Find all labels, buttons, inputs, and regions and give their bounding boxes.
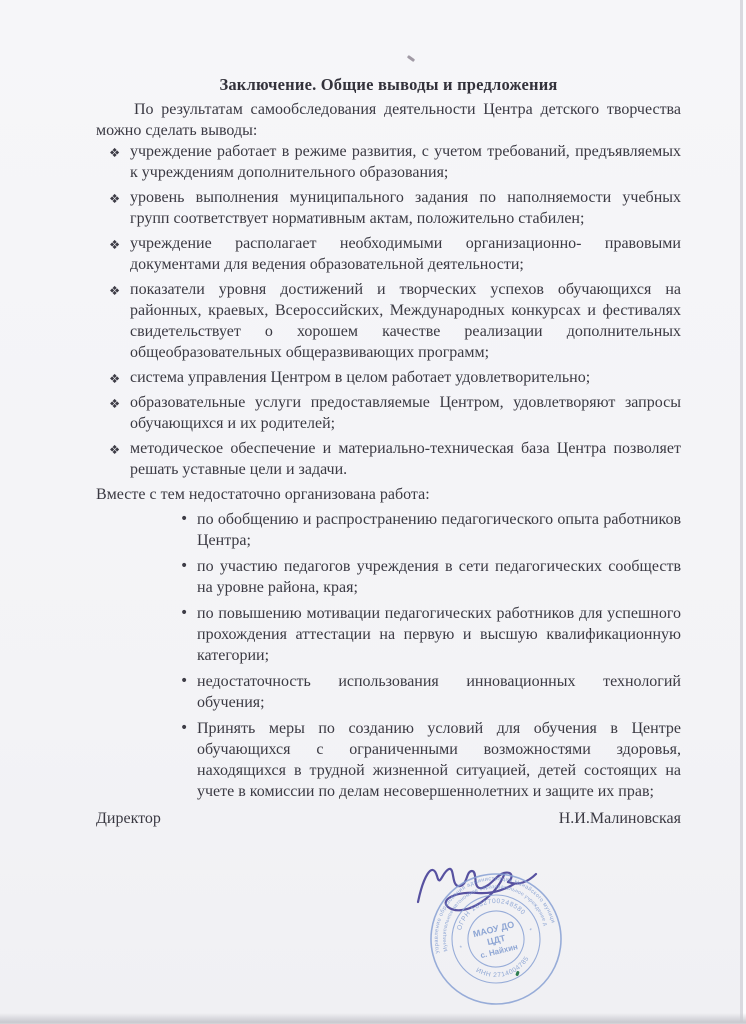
conclusion-list-item: ❖ система управления Центром в целом раб… (96, 367, 681, 388)
conclusion-text: образовательные услуги предоставляемые Ц… (130, 394, 681, 432)
scanned-document-page: Заключение. Общие выводы и предложения П… (0, 0, 746, 1024)
issue-list-item: • по участию педагогов учреждения в сети… (96, 556, 681, 598)
transition-paragraph: Вместе с тем недостаточно организована р… (96, 484, 681, 505)
diamond-bullet-icon: ❖ (109, 142, 120, 163)
scan-edge-bottom (0, 1013, 746, 1024)
signature-row: Директор Н.И.Малиновская (96, 808, 681, 829)
issue-list-item: • по обобщению и распространению педагог… (96, 509, 681, 551)
dot-bullet-icon: • (180, 671, 188, 692)
page-title: Заключение. Общие выводы и предложения (96, 74, 681, 95)
conclusion-list-item: ❖ уровень выполнения муниципального зада… (96, 187, 681, 229)
director-name: Н.И.Малиновская (559, 808, 681, 829)
issue-text: по повышению мотивации педагогических ра… (197, 605, 681, 664)
stamp-center-line3: с. Найхин (479, 942, 518, 960)
conclusion-text: учреждение располагает необходимыми орга… (130, 235, 681, 273)
conclusion-text: система управления Центром в целом работ… (130, 369, 590, 386)
dot-bullet-icon: • (180, 556, 188, 577)
issue-text: Принять меры по созданию условий для обу… (197, 720, 681, 800)
dot-bullet-icon: • (180, 603, 188, 624)
issue-list-item: • по повышению мотивации педагогических … (96, 603, 681, 666)
diamond-bullet-icon: ❖ (109, 280, 120, 301)
conclusion-text: уровень выполнения муниципального задани… (130, 189, 681, 227)
issue-text: недостаточность использования инновацион… (197, 673, 681, 711)
conclusion-list-item: ❖ учреждение работает в режиме развития,… (96, 141, 681, 183)
diamond-bullet-icon: ❖ (109, 368, 120, 389)
intro-paragraph: По результатам самообследования деятельн… (96, 99, 681, 141)
dot-bullet-icon: • (180, 509, 188, 530)
issue-text: по участию педагогов учреждения в сети п… (197, 558, 681, 596)
issue-text: по обобщению и распространению педагогич… (197, 511, 681, 549)
conclusions-list: ❖ учреждение работает в режиме развития,… (96, 141, 681, 480)
conclusion-list-item: ❖ учреждение располагает необходимыми ор… (96, 233, 681, 275)
diamond-bullet-icon: ❖ (109, 188, 120, 209)
conclusion-text: учреждение работает в режиме развития, с… (130, 143, 681, 181)
diamond-bullet-icon: ❖ (109, 439, 120, 460)
document-body: Заключение. Общие выводы и предложения П… (0, 0, 746, 829)
conclusion-text: показатели уровня достижений и творчески… (130, 281, 681, 361)
diamond-bullet-icon: ❖ (109, 393, 120, 414)
issues-list: • по обобщению и распространению педагог… (96, 509, 681, 802)
conclusion-list-item: ❖ показатели уровня достижений и творчес… (96, 279, 681, 363)
issue-list-item: • Принять меры по созданию условий для о… (96, 718, 681, 802)
conclusion-text: методическое обеспечение и материально-т… (130, 440, 681, 478)
director-label: Директор (96, 808, 161, 829)
dot-bullet-icon: • (180, 718, 188, 739)
svg-text:*: * (459, 945, 463, 952)
issue-list-item: • недостаточность использования инноваци… (96, 671, 681, 713)
conclusion-list-item: ❖ методическое обеспечение и материально… (96, 438, 681, 480)
diamond-bullet-icon: ❖ (109, 234, 120, 255)
conclusion-list-item: ❖ образовательные услуги предоставляемые… (96, 392, 681, 434)
svg-text:*: * (529, 928, 533, 935)
